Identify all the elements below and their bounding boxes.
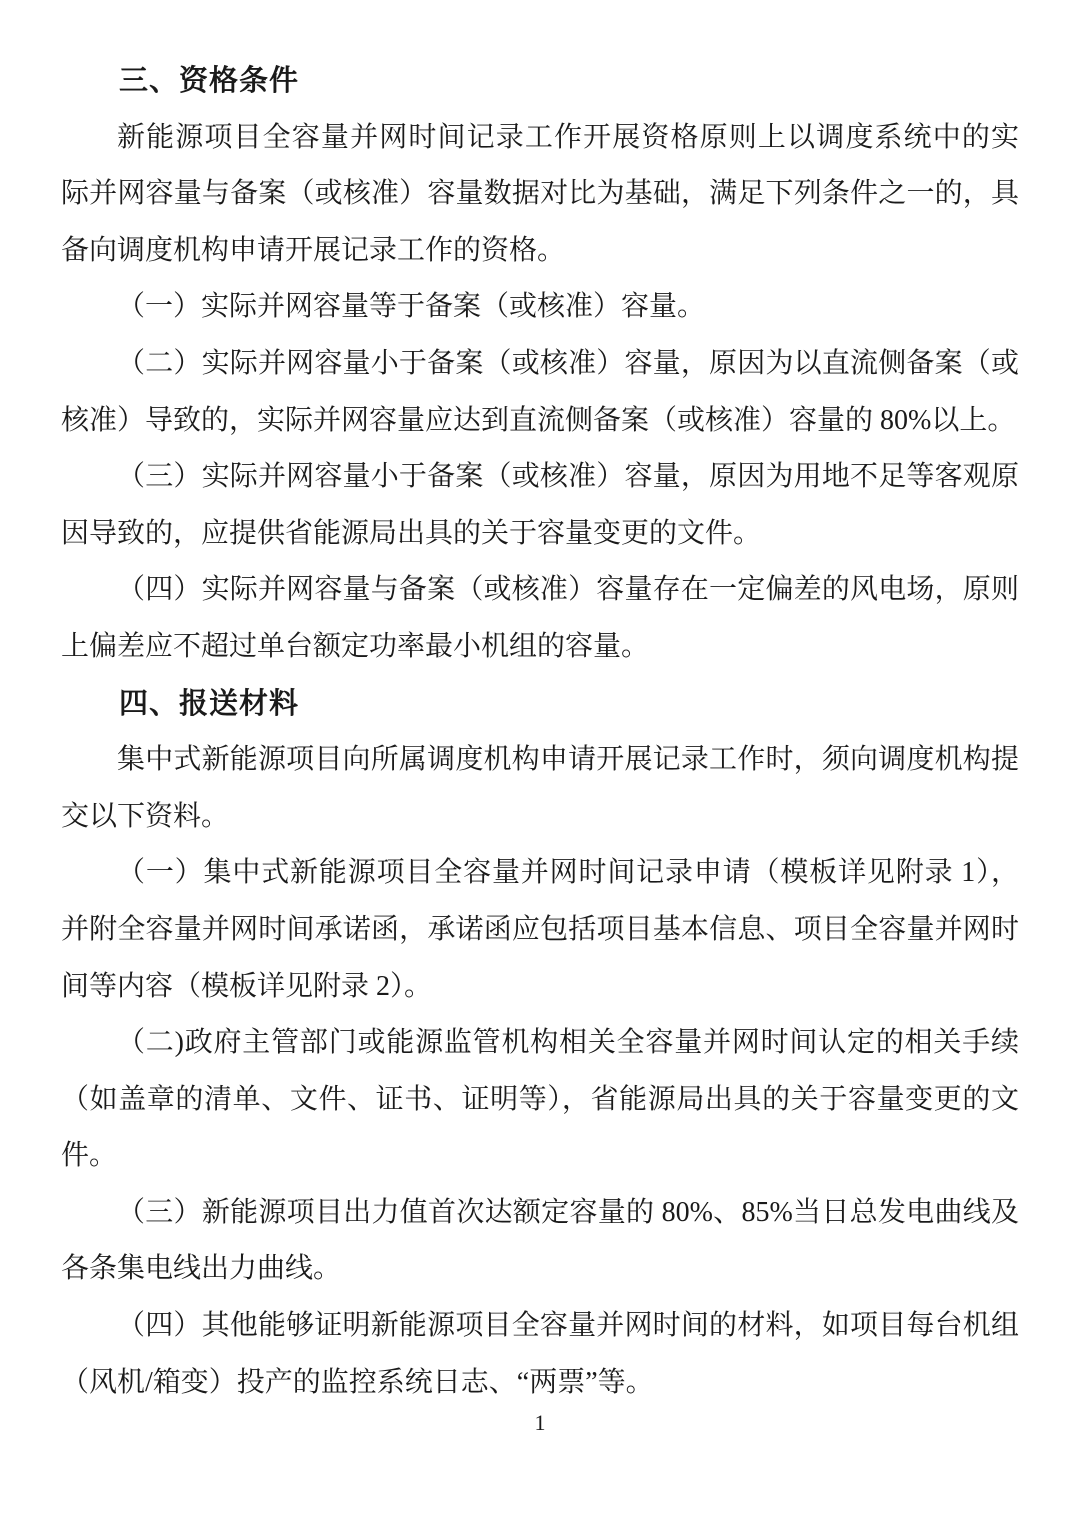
paragraph-line: （四）其他能够证明新能源项目全容量并网时间的材料，如项目每台机组 [61,1298,1019,1355]
paragraph-line: （二）实际并网容量小于备案（或核准）容量，原因为以直流侧备案（或 [61,336,1019,393]
paragraph-line: 新能源项目全容量并网时间记录工作开展资格原则上以调度系统中的实 [61,110,1019,167]
paragraph-line: 际并网容量与备案（或核准）容量数据对比为基础，满足下列条件之一的，具 [61,166,1019,223]
paragraph-line: （如盖章的清单、文件、证书、证明等），省能源局出具的关于容量变更的文 [61,1072,1019,1129]
paragraph-line: （三）实际并网容量小于备案（或核准）容量，原因为用地不足等客观原 [61,449,1019,506]
paragraph-line: （一）实际并网容量等于备案（或核准）容量。 [61,279,1019,336]
paragraph-line: 各条集电线出力曲线。 [61,1241,1019,1298]
paragraph-line: 备向调度机构申请开展记录工作的资格。 [61,223,1019,280]
paragraph-line: 并附全容量并网时间承诺函，承诺函应包括项目基本信息、项目全容量并网时 [61,902,1019,959]
paragraph-line: 交以下资料。 [61,789,1019,846]
paragraph-line: 因导致的，应提供省能源局出具的关于容量变更的文件。 [61,506,1019,563]
paragraph-line: 间等内容（模板详见附录 2）。 [61,959,1019,1016]
page-number: 1 [0,1410,1080,1436]
section-heading: 四、报送材料 [61,676,1019,733]
paragraph-line: （三）新能源项目出力值首次达额定容量的 80%、85%当日总发电曲线及 [61,1185,1019,1242]
paragraph-line: 核准）导致的，实际并网容量应达到直流侧备案（或核准）容量的 80%以上。 [61,393,1019,450]
paragraph-line: （二)政府主管部门或能源监管机构相关全容量并网时间认定的相关手续 [61,1015,1019,1072]
section-heading: 三、资格条件 [61,53,1019,110]
paragraph-line: 上偏差应不超过单台额定功率最小机组的容量。 [61,619,1019,676]
paragraph-line: 件。 [61,1128,1019,1185]
paragraph-line: （一）集中式新能源项目全容量并网时间记录申请（模板详见附录 1）， [61,845,1019,902]
paragraph-line: 集中式新能源项目向所属调度机构申请开展记录工作时，须向调度机构提 [61,732,1019,789]
paragraph-line: （风机/箱变）投产的监控系统日志、“两票”等。 [61,1355,1019,1412]
paragraph-line: （四）实际并网容量与备案（或核准）容量存在一定偏差的风电场，原则 [61,562,1019,619]
document-body: 三、资格条件新能源项目全容量并网时间记录工作开展资格原则上以调度系统中的实际并网… [61,53,1019,1411]
document-page: 三、资格条件新能源项目全容量并网时间记录工作开展资格原则上以调度系统中的实际并网… [0,0,1080,1527]
